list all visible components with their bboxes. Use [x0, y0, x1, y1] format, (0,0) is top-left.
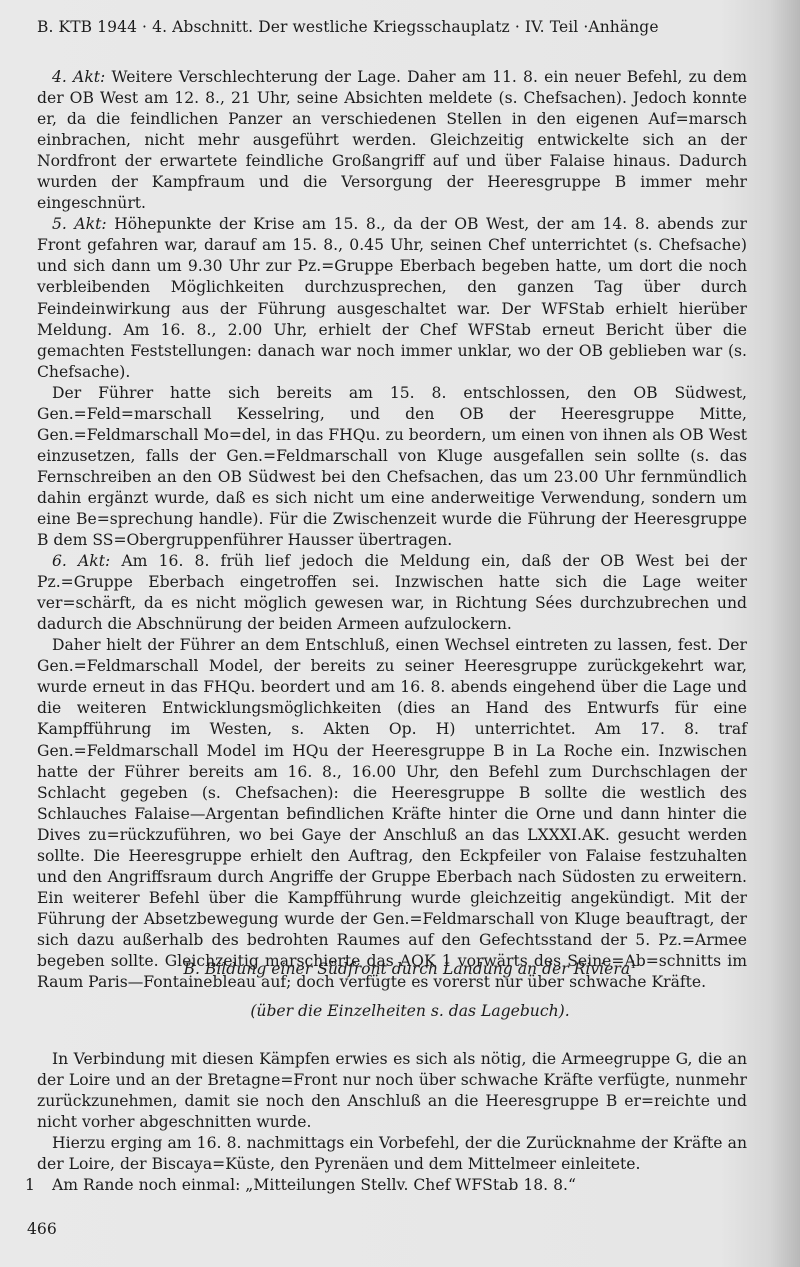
- paragraph-akt-6: 6. Akt: Am 16. 8. früh lief jedoch die M…: [37, 551, 747, 635]
- footnote-mark: 1: [630, 960, 636, 971]
- footnote-number: 1: [25, 1176, 47, 1194]
- footnote-text: Am Rande noch einmal: „Mitteilungen Stel…: [52, 1176, 576, 1194]
- page-number: 466: [27, 1220, 57, 1238]
- paragraph-akt-4: 4. Akt: Weitere Verschlechterung der Lag…: [37, 67, 747, 214]
- paragraph: Daher hielt der Führer an dem Entschluß,…: [37, 635, 747, 993]
- footnote: 1 Am Rande noch einmal: „Mitteilungen St…: [25, 1176, 576, 1194]
- section-text: In Verbindung mit diesen Kämpfen erwies …: [37, 1049, 747, 1175]
- running-head: B. KTB 1944 · 4. Abschnitt. Der westlich…: [37, 18, 659, 36]
- book-page: B. KTB 1944 · 4. Abschnitt. Der westlich…: [0, 0, 800, 1267]
- paragraph: Hierzu erging am 16. 8. nachmittags ein …: [37, 1133, 747, 1175]
- akt-label: 4. Akt:: [52, 68, 105, 86]
- akt-label: 6. Akt:: [52, 552, 110, 570]
- paragraph-akt-5: 5. Akt: Höhepunkte der Krise am 15. 8., …: [37, 214, 747, 382]
- section-subheading: (über die Einzelheiten s. das Lagebuch).: [0, 1002, 800, 1020]
- paragraph: Der Führer hatte sich bereits am 15. 8. …: [37, 383, 747, 551]
- main-text: 4. Akt: Weitere Verschlechterung der Lag…: [37, 67, 747, 993]
- section-heading: B. Bildung einer Südfront durch Landung …: [0, 960, 800, 978]
- paragraph: In Verbindung mit diesen Kämpfen erwies …: [37, 1049, 747, 1133]
- akt-label: 5. Akt:: [52, 215, 107, 233]
